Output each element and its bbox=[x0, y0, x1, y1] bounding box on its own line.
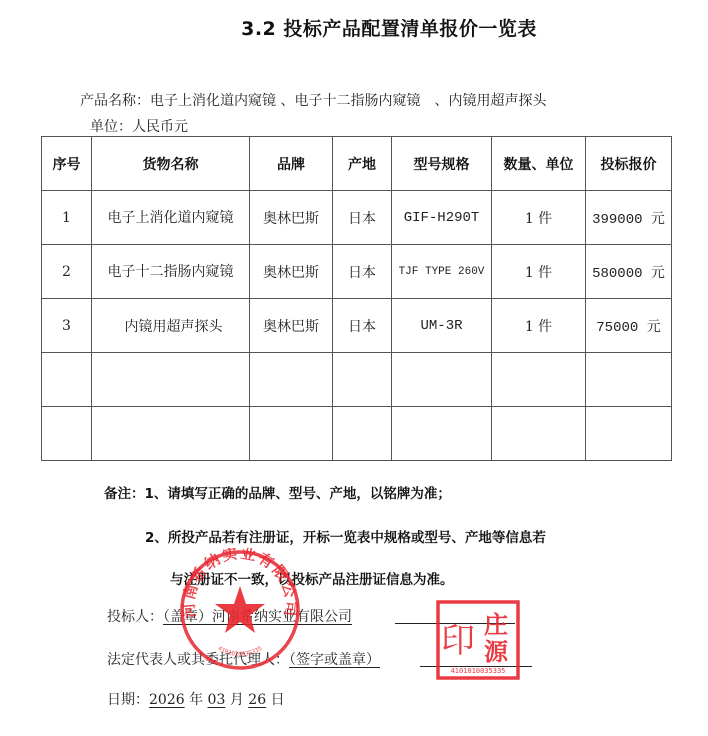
cell-brand bbox=[250, 407, 333, 461]
representative-line: 法定代表人或其委托代理人：（签字或盖章） bbox=[107, 649, 380, 669]
cell-qty: 1 件 bbox=[492, 191, 586, 245]
unit-label: 单位： bbox=[90, 119, 132, 135]
date-month: 03 bbox=[208, 692, 226, 708]
date-year-unit: 年 bbox=[189, 692, 203, 708]
cell-qty: 1 件 bbox=[492, 299, 586, 353]
cell-name: 电子上消化道内窥镜 bbox=[92, 191, 250, 245]
cell-price bbox=[586, 353, 672, 407]
unit-line: 单位：人民币元 bbox=[90, 116, 188, 136]
cell-origin: 日本 bbox=[333, 191, 392, 245]
cell-brand: 奥林巴斯 bbox=[250, 299, 333, 353]
cell-no: 3 bbox=[42, 299, 92, 353]
cell-price: 580000 元 bbox=[586, 245, 672, 299]
note-line-1: 备注：1、请填写正确的品牌、型号、产地，以铭牌为准； bbox=[104, 482, 451, 502]
cell-brand: 奥林巴斯 bbox=[250, 191, 333, 245]
representative-label: 法定代表人或其委托代理人： bbox=[107, 652, 289, 668]
product-names-value: 电子上消化道内窥镜 、电子十二指肠内窥镜 、内镜用超声探头 bbox=[150, 93, 546, 109]
table-row: 2 电子十二指肠内窥镜 奥林巴斯 日本 TJF TYPE 260V 1 件 58… bbox=[42, 245, 672, 299]
table-row: 3 内镜用超声探头 奥林巴斯 日本 UM-3R 1 件 75000 元 bbox=[42, 299, 672, 353]
date-day: 26 bbox=[248, 692, 266, 708]
header-name: 货物名称 bbox=[92, 137, 250, 191]
bidder-label: 投标人： bbox=[107, 609, 163, 625]
cell-price: 399000 元 bbox=[586, 191, 672, 245]
table-header-row: 序号 货物名称 品牌 产地 型号规格 数量、单位 投标报价 bbox=[42, 137, 672, 191]
cell-name: 电子十二指肠内窥镜 bbox=[92, 245, 250, 299]
product-names-line: 产品名称：电子上消化道内窥镜 、电子十二指肠内窥镜 、内镜用超声探头 bbox=[80, 90, 546, 110]
date-day-unit: 日 bbox=[271, 692, 285, 708]
representative-underline bbox=[420, 666, 532, 667]
header-model: 型号规格 bbox=[392, 137, 492, 191]
cell-origin: 日本 bbox=[333, 245, 392, 299]
date-month-unit: 月 bbox=[230, 692, 244, 708]
note-line-2: 2、所投产品若有注册证，开标一览表中规格或型号、产地等信息若 bbox=[145, 526, 546, 546]
note-line-3: 与注册证不一致，以投标产品注册证信息为准。 bbox=[170, 568, 454, 588]
unit-value: 人民币元 bbox=[132, 119, 188, 135]
bidder-value: （盖章）河南希纳实业有限公司 bbox=[163, 609, 352, 625]
date-line: 日期：2026 年 03 月 26 日 bbox=[107, 689, 285, 709]
table-row-empty bbox=[42, 407, 672, 461]
cell-no bbox=[42, 407, 92, 461]
cell-name: 内镜用超声探头 bbox=[92, 299, 250, 353]
cell-no bbox=[42, 353, 92, 407]
seal-number: 4101010035335 bbox=[451, 667, 506, 675]
header-origin: 产地 bbox=[333, 137, 392, 191]
cell-name bbox=[92, 353, 250, 407]
cell-qty bbox=[492, 353, 586, 407]
cell-model bbox=[392, 407, 492, 461]
cell-model bbox=[392, 353, 492, 407]
table-row: 1 电子上消化道内窥镜 奥林巴斯 日本 GIF-H290T 1 件 399000… bbox=[42, 191, 672, 245]
product-names-label: 产品名称： bbox=[80, 93, 150, 109]
cell-no: 2 bbox=[42, 245, 92, 299]
bidder-underline bbox=[395, 623, 515, 624]
document-title: 3.2 投标产品配置清单报价一览表 bbox=[0, 14, 708, 41]
date-label: 日期： bbox=[107, 692, 149, 708]
cell-price: 75000 元 bbox=[586, 299, 672, 353]
cell-no: 1 bbox=[42, 191, 92, 245]
cell-model: TJF TYPE 260V bbox=[392, 245, 492, 299]
personal-seal-icon: 印 庄 源 4101010035335 bbox=[436, 600, 520, 680]
cell-brand bbox=[250, 353, 333, 407]
header-no: 序号 bbox=[42, 137, 92, 191]
cell-brand: 奥林巴斯 bbox=[250, 245, 333, 299]
table-row-empty bbox=[42, 353, 672, 407]
quote-table: 序号 货物名称 品牌 产地 型号规格 数量、单位 投标报价 1 电子上消化道内窥… bbox=[41, 136, 672, 461]
representative-value: （签字或盖章） bbox=[289, 652, 380, 668]
cell-model: GIF-H290T bbox=[392, 191, 492, 245]
date-year: 2026 bbox=[149, 692, 185, 708]
seal-char-2: 庄 bbox=[484, 611, 508, 639]
cell-price bbox=[586, 407, 672, 461]
cell-qty bbox=[492, 407, 586, 461]
header-price: 投标报价 bbox=[586, 137, 672, 191]
header-brand: 品牌 bbox=[250, 137, 333, 191]
cell-origin bbox=[333, 407, 392, 461]
seal-char-3: 源 bbox=[484, 638, 509, 666]
header-qty: 数量、单位 bbox=[492, 137, 586, 191]
cell-name bbox=[92, 407, 250, 461]
cell-origin: 日本 bbox=[333, 299, 392, 353]
cell-qty: 1 件 bbox=[492, 245, 586, 299]
seal-char-1: 印 bbox=[441, 621, 475, 661]
cell-model: UM-3R bbox=[392, 299, 492, 353]
bidder-line: 投标人：（盖章）河南希纳实业有限公司 bbox=[107, 606, 352, 626]
cell-origin bbox=[333, 353, 392, 407]
